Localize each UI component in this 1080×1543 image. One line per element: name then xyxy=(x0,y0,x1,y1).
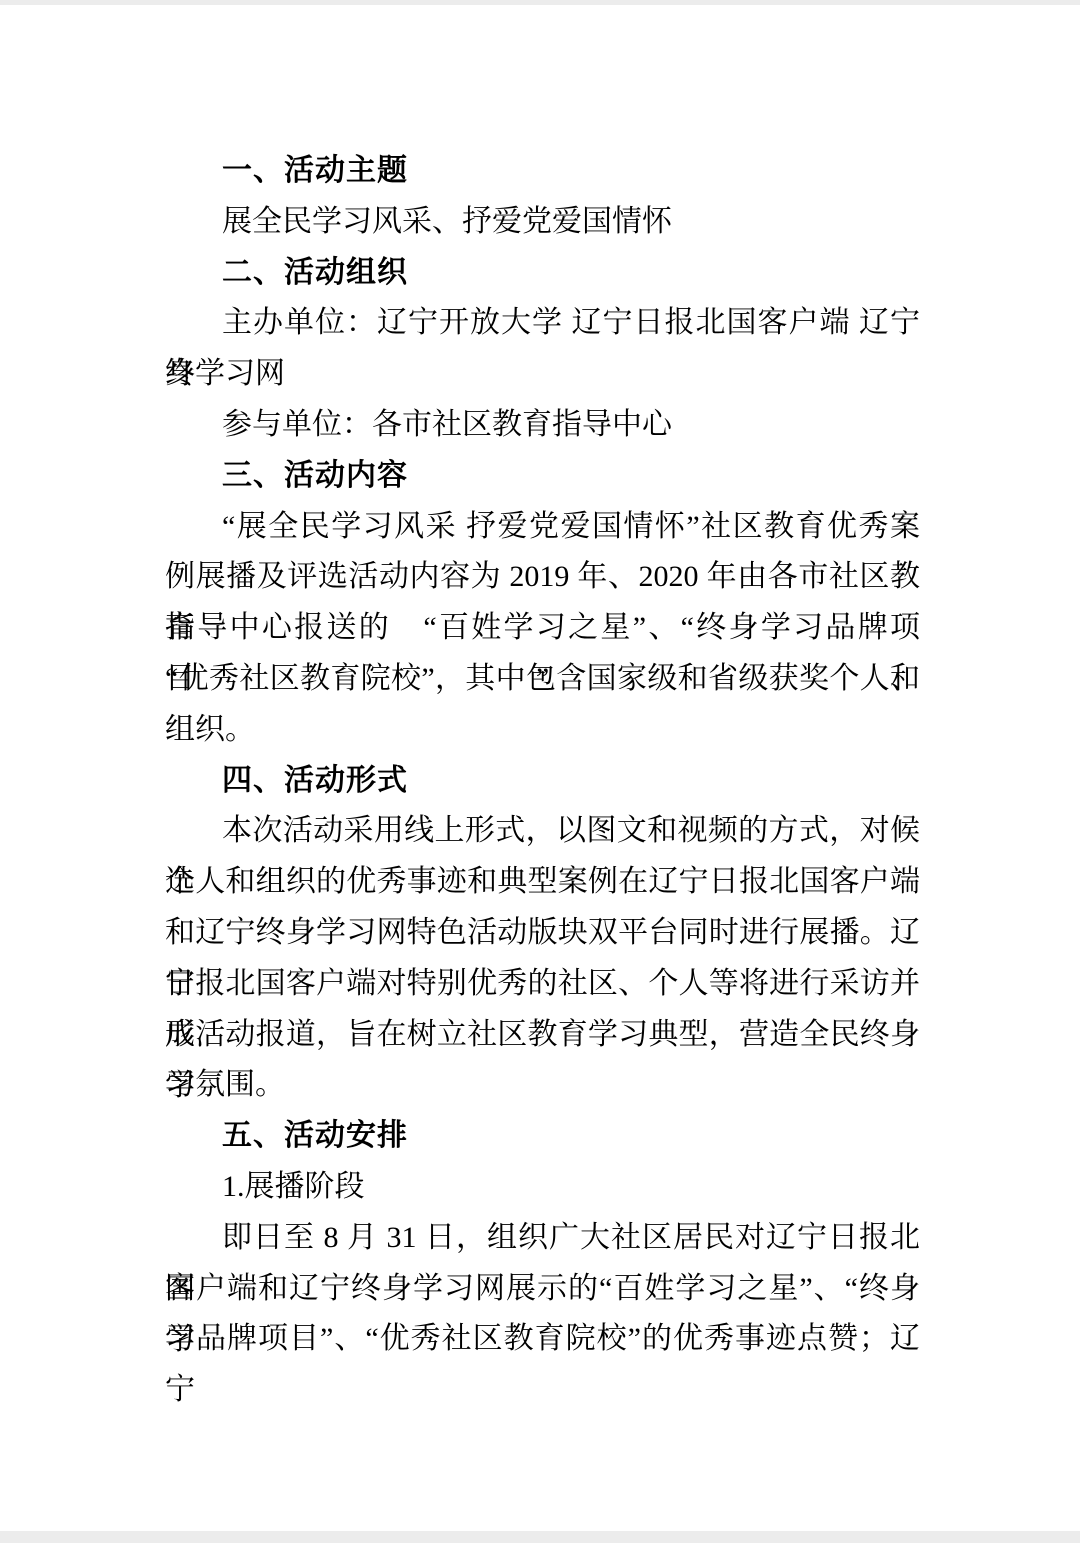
text-line: “展全民学习风采 抒爱党爱国情怀”社区教育优秀案 xyxy=(165,501,920,552)
text-line: 展全民学习风采、抒爱党爱国情怀 xyxy=(165,196,920,247)
text-line: 组织。 xyxy=(165,704,920,755)
section-heading: 二、活动组织 xyxy=(165,247,920,298)
section-heading: 四、活动形式 xyxy=(165,755,920,806)
text-line: 习品牌项目”、“优秀社区教育院校”的优秀事迹点赞；辽宁 xyxy=(165,1313,920,1364)
text-line: 例展播及评选活动内容为 2019 年、2020 年由各市社区教育 xyxy=(165,551,920,602)
text-line: 个人和组织的优秀事迹和典型案例在辽宁日报北国客户端 xyxy=(165,856,920,907)
text-line: 和辽宁终身学习网特色活动版块双平台同时进行展播。辽宁 xyxy=(165,907,920,958)
text-line: 客户端和辽宁终身学习网展示的“百姓学习之星”、“终身学 xyxy=(165,1263,920,1314)
text-line: 本次活动采用线上形式，以图文和视频的方式，对候选 xyxy=(165,805,920,856)
text-line: 指导中心报送的 “百姓学习之星”、“终身学习品牌项目”、 xyxy=(165,602,920,653)
page-bottom-edge xyxy=(0,1531,1080,1543)
text-line: 习氛围。 xyxy=(165,1059,920,1110)
text-line: 即日至 8 月 31 日，组织广大社区居民对辽宁日报北国 xyxy=(165,1212,920,1263)
text-line: 日报北国客户端对特别优秀的社区、个人等将进行采访并形 xyxy=(165,958,920,1009)
text-line: 参与单位：各市社区教育指导中心 xyxy=(165,399,920,450)
text-line: 成活动报道，旨在树立社区教育学习典型，营造全民终身学 xyxy=(165,1009,920,1060)
section-heading: 三、活动内容 xyxy=(165,450,920,501)
section-heading: 五、活动安排 xyxy=(165,1110,920,1161)
text-line: “优秀社区教育院校”，其中包含国家级和省级获奖个人和 xyxy=(165,653,920,704)
document-page: 一、活动主题展全民学习风采、抒爱党爱国情怀二、活动组织主办单位：辽宁开放大学 辽… xyxy=(0,0,1080,1543)
text-line: 身学习网 xyxy=(165,348,920,399)
section-heading: 一、活动主题 xyxy=(165,145,920,196)
page-top-edge xyxy=(0,0,1080,5)
text-line: 1.展播阶段 xyxy=(165,1161,920,1212)
text-line: 主办单位：辽宁开放大学 辽宁日报北国客户端 辽宁终 xyxy=(165,297,920,348)
